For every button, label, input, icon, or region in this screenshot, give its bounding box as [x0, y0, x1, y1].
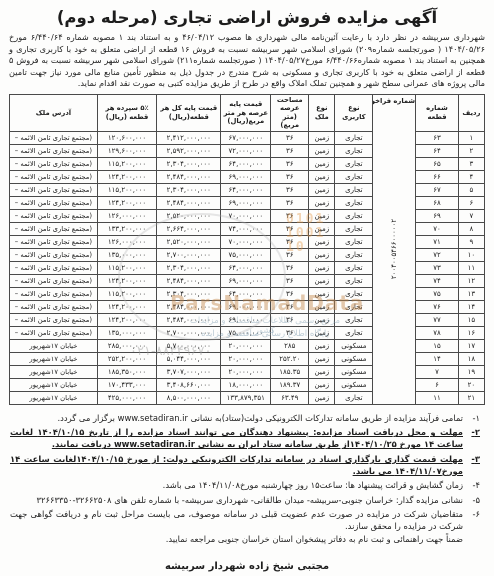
cell-property-type: زمین [309, 339, 335, 352]
note-item: ۱- تمامی فرآیند مزایده از طریق سامانه تد… [10, 412, 480, 424]
cell-usage-type: تجاری [335, 248, 373, 261]
table-header-row: ردیف شماره قطعه شماره فراخوان ۲۰۰۴۰۰۵۴۶۶… [10, 94, 485, 131]
cell-address: (مجتمع تجاری ثامن الائمه – [10, 326, 98, 339]
cell-property-type: زمین [309, 378, 335, 391]
cell-row-number: ۲ [458, 144, 484, 157]
cell-property-type: زمین [309, 157, 335, 170]
cell-area: ۳۶ [271, 313, 309, 326]
cell-row-number: ۲۰ [458, 378, 484, 391]
cell-unit-price: ۷۰,۰۰۰,۰۰۰ [221, 235, 271, 248]
call-number-cell: شماره فراخوان ۲۰۰۴۰۰۵۴۶۶۰۰۰۰۰۲ [373, 94, 416, 404]
cell-address: خیابان ۱۷شهریور [10, 365, 98, 378]
cell-usage-type: تجاری [335, 209, 373, 222]
cell-area: ۳۶ [271, 287, 309, 300]
cell-unit-price: ۶۴,۰۰۰,۰۰۰ [221, 157, 271, 170]
cell-usage-type: تجاری [335, 326, 373, 339]
page-title: آگهی مزایده فروش اراضی تجاری (مرحله دوم) [0, 8, 494, 27]
cell-area: ۳۶ [271, 248, 309, 261]
cell-deposit: ۱۱۵,۲۰۰,۰۰۰ [97, 287, 156, 300]
cell-total-price: ۲,۴۱۲,۰۰۰,۰۰۰ [157, 131, 221, 144]
intro-paragraph: شهرداری سربیشه در نظر دارد با رعایت آئین… [9, 32, 485, 90]
cell-usage-type: تجاری [335, 313, 373, 326]
cell-address: (مجتمع تجاری ثامن الائمه – [10, 131, 98, 144]
cell-total-price: ۲,۵۲۰,۰۰۰,۰۰۰ [157, 209, 221, 222]
cell-property-type: زمین [309, 287, 335, 300]
cell-property-type: زمین [309, 261, 335, 274]
note-number: ۵- [468, 494, 480, 506]
cell-address: (مجتمع تجاری ثامن الائمه – [10, 274, 98, 287]
cell-unit-price: ۶۹,۰۰۰,۰۰۰ [221, 274, 271, 287]
cell-unit-price: ۲۰,۰۰۰,۰۰۰ [221, 365, 271, 378]
cell-total-price: ۳,۷۰۷,۰۰۰,۰۰۰ [157, 365, 221, 378]
note-text: متقاضیان شرکت در مزایده در صورت عدم عضوی… [10, 508, 463, 545]
cell-property-type: زمین [309, 222, 335, 235]
cell-deposit: ۱۲۹,۶۰۰,۰۰۰ [97, 144, 156, 157]
cell-plot-number: ۶۶ [416, 170, 459, 183]
cell-address: (مجتمع تجاری ثامن الائمه – [10, 287, 98, 300]
note-text: نشانی مزایده گذار: خراسان جنوبی-سربیشه- … [10, 494, 463, 506]
cell-address: (مجتمع تجاری ثامن الائمه – [10, 261, 98, 274]
cell-total-price: ۲,۶۶۴,۰۰۰,۰۰۰ [157, 222, 221, 235]
cell-plot-number: ۷ [416, 365, 459, 378]
cell-usage-type: تجاری [335, 157, 373, 170]
cell-total-price: ۵,۰۴۴,۰۰۰,۰۰۰ [157, 352, 221, 365]
cell-deposit: ۱۱۵,۲۰۰,۰۰۰ [97, 183, 156, 196]
cell-row-number: ۵ [458, 183, 484, 196]
cell-area: ۲۸۵ [271, 339, 309, 352]
cell-usage-type: تجاری [335, 261, 373, 274]
cell-unit-price: ۲۰,۰۰۰,۰۰۰ [221, 339, 271, 352]
cell-unit-price: ۶۹,۰۰۰,۰۰۰ [221, 170, 271, 183]
cell-deposit: ۱۲۴,۲۰۰,۰۰۰ [97, 196, 156, 209]
notes-list: ۱- تمامی فرآیند مزایده از طریق سامانه تد… [10, 412, 480, 546]
cell-row-number: ۱۴ [458, 300, 484, 313]
cell-usage-type: تجاری [335, 131, 373, 144]
cell-plot-number: ۷۴ [416, 274, 459, 287]
cell-total-price: ۲,۴۸۴,۰۰۰,۰۰۰ [157, 274, 221, 287]
cell-plot-number: ۷۶ [416, 300, 459, 313]
cell-total-price: ۲,۵۹۲,۰۰۰,۰۰۰ [157, 144, 221, 157]
cell-plot-number: ۷۵ [416, 287, 459, 300]
cell-deposit: ۱۳۵,۰۰۰,۰۰۰ [97, 326, 156, 339]
cell-address: خیابان ۱۷شهریور [10, 391, 98, 404]
cell-deposit: ۱۲۴,۲۰۰,۰۰۰ [97, 170, 156, 183]
cell-deposit: ۱۲۴,۲۰۰,۰۰۰ [97, 300, 156, 313]
cell-address: خیابان ۱۷شهریور [10, 339, 98, 352]
cell-row-number: ۱۰ [458, 248, 484, 261]
cell-property-type: زمین [309, 313, 335, 326]
cell-row-number: ۱۸ [458, 352, 484, 365]
cell-area: ۳۶ [271, 261, 309, 274]
cell-area: ۳۶ [271, 157, 309, 170]
note-item: ۶- متقاضیان شرکت در مزایده در صورت عدم ع… [10, 508, 480, 545]
note-number: ۴- [468, 479, 480, 491]
header-address: آدرس ملک [10, 94, 98, 131]
note-text: زمان گشایش و قرائت پیشنهاد ها: ساعت۱۵ رو… [10, 479, 463, 491]
header-row-number: ردیف [458, 94, 484, 131]
cell-property-type: زمین [309, 170, 335, 183]
cell-property-type: زمین [309, 300, 335, 313]
cell-unit-price: ۷۴,۰۰۰,۰۰۰ [221, 222, 271, 235]
cell-plot-number: ۱۴ [416, 352, 459, 365]
header-call-number: شماره فراخوان [373, 97, 415, 105]
cell-total-price: ۲,۷۰۰,۰۰۰,۰۰۰ [157, 326, 221, 339]
cell-total-price: ۲,۷۰۰,۰۰۰,۰۰۰ [157, 248, 221, 261]
cell-area: ۶۳.۴۹ [271, 391, 309, 404]
note-item: ۲- مهلت و محل دریافت اسناد مزایده: پیشنه… [10, 426, 480, 450]
note-item: ۴- زمان گشایش و قرائت پیشنهاد ها: ساعت۱۵… [10, 479, 480, 491]
cell-plot-number: ۱۵ [416, 339, 459, 352]
cell-area: ۱۸۹.۳۷ [271, 378, 309, 391]
cell-address: (مجتمع تجاری ثامن الائمه – [10, 248, 98, 261]
cell-total-price: ۵,۷۰۰,۰۰۰,۰۰۰ [157, 339, 221, 352]
auction-table: ردیف شماره قطعه شماره فراخوان ۲۰۰۴۰۰۵۴۶۶… [9, 94, 485, 405]
cell-unit-price: ۷۵,۰۰۰,۰۰۰ [221, 248, 271, 261]
cell-usage-type: تجاری [335, 196, 373, 209]
cell-plot-number: ۷۷ [416, 313, 459, 326]
note-item: ۵- نشانی مزایده گذار: خراسان جنوبی-سربیش… [10, 494, 480, 506]
cell-usage-type: تجاری [335, 222, 373, 235]
cell-property-type: زمین [309, 274, 335, 287]
cell-total-price: ۲,۳۰۴,۰۰۰,۰۰۰ [157, 183, 221, 196]
cell-deposit: ۱۳۳,۲۰۰,۰۰۰ [97, 222, 156, 235]
cell-area: ۳۶ [271, 183, 309, 196]
cell-area: ۳۶ [271, 170, 309, 183]
cell-unit-price: ۱۳۳,۸۷۹,۳۵۱ [221, 391, 271, 404]
cell-usage-type: مسکونی [335, 378, 373, 391]
cell-property-type: زمین [309, 365, 335, 378]
cell-deposit: ۱۲۶,۰۰۰,۰۰۰ [97, 209, 156, 222]
cell-property-type: زمین [309, 248, 335, 261]
cell-area: ۳۶ [271, 235, 309, 248]
cell-plot-number: ۷۳ [416, 261, 459, 274]
cell-row-number: ۷ [458, 209, 484, 222]
cell-row-number: ۲۱ [458, 391, 484, 404]
cell-deposit: ۱۲۴,۲۰۰,۰۰۰ [97, 274, 156, 287]
cell-total-price: ۲,۴۸۴,۰۰۰,۰۰۰ [157, 313, 221, 326]
cell-address: (مجتمع تجاری ثامن الائمه – [10, 157, 98, 170]
cell-usage-type: تجاری [335, 274, 373, 287]
cell-row-number: ۹ [458, 235, 484, 248]
cell-row-number: ۱۹ [458, 365, 484, 378]
cell-row-number: ۱ [458, 131, 484, 144]
cell-row-number: ۱۶ [458, 326, 484, 339]
cell-property-type: زمین [309, 131, 335, 144]
cell-total-price: ۲,۴۸۴,۰۰۰,۰۰۰ [157, 170, 221, 183]
cell-property-type: زمین [309, 235, 335, 248]
cell-property-type: زمین [309, 144, 335, 157]
cell-unit-price: ۶۴,۰۰۰,۰۰۰ [221, 261, 271, 274]
note-item: ۳- مهلت قیمت گذاری بارگذاری اسناد در سام… [10, 453, 480, 477]
cell-total-price: ۲,۵۲۰,۰۰۰,۰۰۰ [157, 235, 221, 248]
cell-usage-type: تجاری [335, 300, 373, 313]
cell-unit-price: ۱۸,۰۰۰,۰۰۰ [221, 378, 271, 391]
cell-deposit: ۲۸۵,۰۰۰,۰۰۰ [97, 339, 156, 352]
cell-plot-number: ۱۱ [416, 391, 459, 404]
cell-area: ۲۵۲.۲۰ [271, 352, 309, 365]
cell-total-price: ۳,۴۰۸,۶۶۰,۰۰۰ [157, 378, 221, 391]
signature-line: مجتبی شیخ زاده شهردار سربیشه [0, 561, 494, 572]
cell-deposit: ۱۱۵,۲۰۰,۰۰۰ [97, 261, 156, 274]
cell-deposit: ۱۲۰,۶۰۰,۰۰۰ [97, 131, 156, 144]
cell-area: ۱۸۵.۳۵ [271, 365, 309, 378]
cell-deposit: ۱۷۰,۴۳۳,۰۰۰ [97, 378, 156, 391]
cell-address: (مجتمع تجاری ثامن الائمه – [10, 300, 98, 313]
cell-deposit: ۴۲۵,۰۰۰,۰۰۰ [97, 391, 156, 404]
cell-usage-type: تجاری [335, 287, 373, 300]
cell-address: خیابان ۱۷شهریور [10, 378, 98, 391]
cell-plot-number: ۶۴ [416, 144, 459, 157]
cell-usage-type: تجاری [335, 235, 373, 248]
cell-unit-price: ۶۹,۰۰۰,۰۰۰ [221, 300, 271, 313]
cell-area: ۳۶ [271, 131, 309, 144]
cell-plot-number: ۶۷ [416, 183, 459, 196]
cell-unit-price: ۶۴,۰۰۰,۰۰۰ [221, 287, 271, 300]
header-unit-price: قیمت پایه عرصه هر متر مربع(ریال) [221, 94, 271, 131]
cell-area: ۳۶ [271, 274, 309, 287]
cell-total-price: ۲,۳۰۴,۰۰۰,۰۰۰ [157, 287, 221, 300]
cell-address: (مجتمع تجاری ثامن الائمه – [10, 183, 98, 196]
cell-plot-number: ۷۰ [416, 222, 459, 235]
cell-unit-price: ۶۴,۰۰۰,۰۰۰ [221, 183, 271, 196]
cell-deposit: ۲۵۲,۲۰۰,۰۰۰ [97, 352, 156, 365]
note-number: ۲- [468, 426, 480, 450]
cell-property-type: زمین [309, 183, 335, 196]
cell-total-price: ۲,۳۰۴,۰۰۰,۰۰۰ [157, 157, 221, 170]
cell-plot-number: ۶۸ [416, 196, 459, 209]
cell-deposit: ۱۳۵,۰۰۰,۰۰۰ [97, 248, 156, 261]
note-number: ۳- [468, 453, 480, 477]
cell-area: ۳۶ [271, 144, 309, 157]
cell-address: خیابان ۱۷شهریور [10, 352, 98, 365]
cell-unit-price: ۶۷,۰۰۰,۰۰۰ [221, 131, 271, 144]
cell-deposit: ۱۲۶,۰۰۰,۰۰۰ [97, 235, 156, 248]
cell-property-type: زمین [309, 352, 335, 365]
cell-row-number: ۳ [458, 157, 484, 170]
cell-area: ۳۶ [271, 209, 309, 222]
cell-row-number: ۴ [458, 170, 484, 183]
cell-total-price: ۲,۳۰۴,۰۰۰,۰۰۰ [157, 261, 221, 274]
cell-total-price: ۲,۴۸۴,۰۰۰,۰۰۰ [157, 196, 221, 209]
cell-usage-type: تجاری [335, 144, 373, 157]
cell-usage-type: مسکونی [335, 339, 373, 352]
cell-usage-type: مسکونی [335, 352, 373, 365]
cell-usage-type: تجاری [335, 391, 373, 404]
note-number: ۶- [468, 508, 480, 545]
cell-address: (مجتمع تجاری ثامن الائمه – [10, 196, 98, 209]
note-text: تمامی فرآیند مزایده از طریق سامانه تدارک… [10, 412, 463, 424]
cell-row-number: ۱۱ [458, 261, 484, 274]
header-plot-number: شماره قطعه [416, 94, 459, 131]
cell-row-number: ۶ [458, 196, 484, 209]
cell-property-type: زمین [309, 391, 335, 404]
cell-total-price: ۲,۴۸۴,۰۰۰,۰۰۰ [157, 300, 221, 313]
cell-property-type: زمین [309, 326, 335, 339]
note-text: مهلت قیمت گذاری بارگذاری اسناد در سامانه… [10, 453, 463, 477]
cell-usage-type: تجاری [335, 183, 373, 196]
cell-unit-price: ۲۰,۰۰۰,۰۰۰ [221, 352, 271, 365]
cell-row-number: ۱۵ [458, 313, 484, 326]
header-usage-type: نوع کاربری [335, 94, 373, 131]
note-text: مهلت و محل دریافت اسناد مزایده: پیشنهاد … [10, 426, 463, 450]
cell-property-type: زمین [309, 209, 335, 222]
cell-total-price: ۸,۵۰۰,۰۰۰,۰۰۰ [157, 391, 221, 404]
note-extra-text: ضمناً جهت راهنمائی و ثبت نام به دفاتر پی… [10, 533, 463, 545]
cell-plot-number: ۷۸ [416, 326, 459, 339]
document-page: 0101100110 ParsNamadData مرجع رسمی اطلاع… [0, 0, 494, 576]
cell-plot-number: ۷۲ [416, 248, 459, 261]
header-total-price: قیمت پایه کل هر قطعه(ریال) [157, 94, 221, 131]
cell-area: ۳۶ [271, 222, 309, 235]
cell-plot-number: ۶۵ [416, 157, 459, 170]
cell-area: ۳۶ [271, 196, 309, 209]
header-deposit: ۵٪ سپرده هر قطعه (ریال) [97, 94, 156, 131]
cell-row-number: ۸ [458, 222, 484, 235]
cell-unit-price: ۷۰,۰۰۰,۰۰۰ [221, 209, 271, 222]
cell-plot-number: ۶۳ [416, 131, 459, 144]
cell-address: (مجتمع تجاری ثامن الائمه – [10, 313, 98, 326]
cell-area: ۳۶ [271, 300, 309, 313]
cell-usage-type: مسکونی [335, 365, 373, 378]
cell-unit-price: ۷۲,۰۰۰,۰۰۰ [221, 144, 271, 157]
cell-plot-number: ۶۹ [416, 209, 459, 222]
cell-unit-price: ۶۹,۰۰۰,۰۰۰ [221, 313, 271, 326]
cell-usage-type: تجاری [335, 170, 373, 183]
cell-deposit: ۱۸۵,۳۵۰,۰۰۰ [97, 365, 156, 378]
call-number-value: ۲۰۰۴۰۰۵۴۶۶۰۰۰۰۰۲ [390, 219, 398, 279]
cell-address: (مجتمع تجاری ثامن الائمه – [10, 144, 98, 157]
cell-deposit: ۱۱۵,۲۰۰,۰۰۰ [97, 157, 156, 170]
cell-address: (مجتمع تجاری ثامن الائمه – [10, 222, 98, 235]
cell-unit-price: ۷۵,۰۰۰,۰۰۰ [221, 326, 271, 339]
cell-area: ۳۶ [271, 326, 309, 339]
header-property-type: نوع ملک [309, 94, 335, 131]
cell-plot-number: ۶ [416, 378, 459, 391]
cell-plot-number: ۷۱ [416, 235, 459, 248]
cell-address: (مجتمع تجاری ثامن الائمه – [10, 235, 98, 248]
cell-property-type: زمین [309, 196, 335, 209]
cell-address: (مجتمع تجاری ثامن الائمه – [10, 209, 98, 222]
cell-row-number: ۱۷ [458, 339, 484, 352]
header-area: مساحت عرصه (متر مربع) [271, 94, 309, 131]
note-number: ۱- [468, 412, 480, 424]
cell-row-number: ۱۳ [458, 287, 484, 300]
cell-address: (مجتمع تجاری ثامن الائمه – [10, 170, 98, 183]
cell-unit-price: ۶۹,۰۰۰,۰۰۰ [221, 196, 271, 209]
cell-deposit: ۱۲۴,۲۰۰,۰۰۰ [97, 313, 156, 326]
cell-row-number: ۱۲ [458, 274, 484, 287]
